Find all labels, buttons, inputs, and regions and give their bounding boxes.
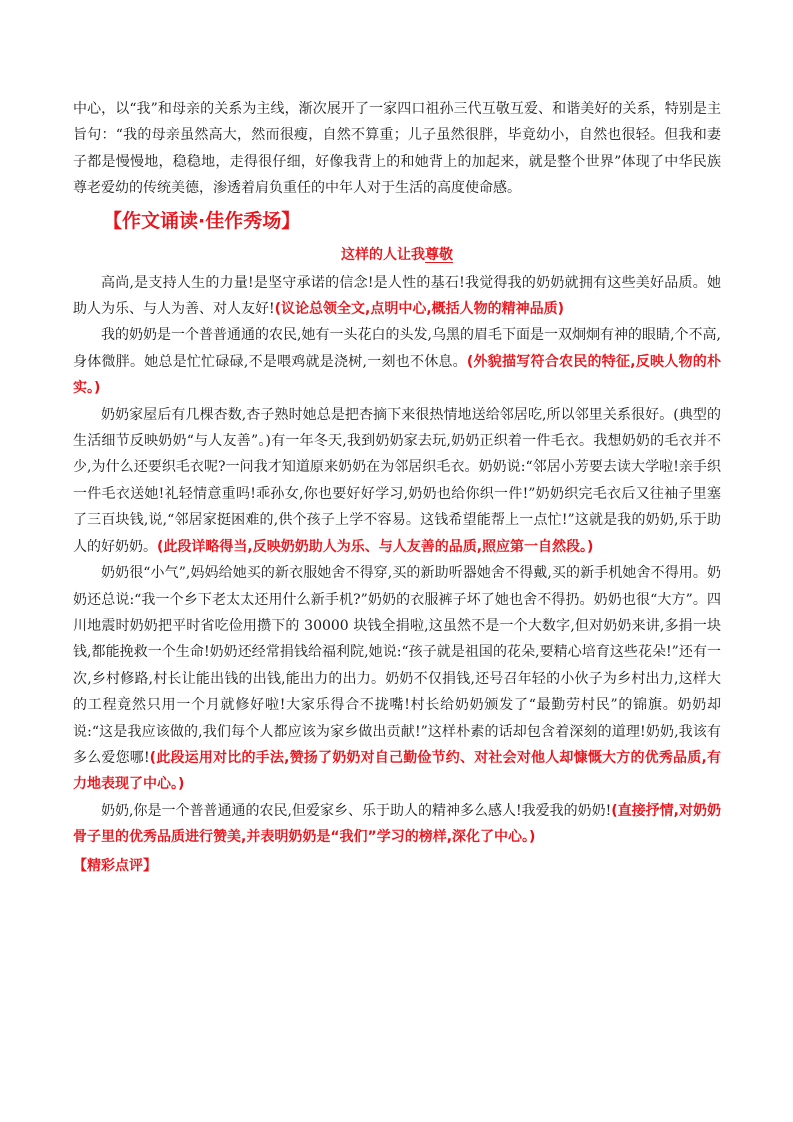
- document-page: 中心，以“我”和母亲的关系为主线，渐次展开了一家四口祖孙三代互敬互爱、和谐美好的…: [73, 96, 721, 879]
- essay-paragraph-5: 奶奶,你是一个普普通通的农民,但爱家乡、乐于助人的精神多么感人!我爱我的奶奶!(…: [73, 798, 721, 851]
- essay-paragraph-4: 奶奶很“小气”,妈妈给她买的新衣服她舍不得穿,买的新助听器她舍不得戴,买的新手机…: [73, 560, 721, 798]
- paragraph-comment: (此段运用对比的手法,赞扬了奶奶对自己勤俭节约、对社会对他人却慷慨大方的优秀品质…: [73, 750, 721, 792]
- essay-paragraph-1: 高尚,是支持人生的力量!是坚守承诺的信念!是人性的基石!我觉得我的奶奶就拥有这些…: [73, 270, 721, 323]
- essay-title-underlined: 尊敬: [425, 247, 453, 263]
- essay-paragraph-3: 奶奶家屋后有几棵杏数,杏子熟时她总是把杏摘下来很热情地送给邻居吃,所以邻里关系很…: [73, 402, 721, 560]
- paragraph-text: 奶奶很“小气”,妈妈给她买的新衣服她舍不得穿,买的新助听器她舍不得戴,买的新手机…: [73, 565, 721, 766]
- intro-paragraph: 中心，以“我”和母亲的关系为主线，渐次展开了一家四口祖孙三代互敬互爱、和谐美好的…: [73, 96, 721, 202]
- essay-title: 这样的人让我尊敬: [73, 242, 721, 268]
- section-heading: 【作文诵读·佳作秀场】: [103, 206, 721, 236]
- review-heading: 【精彩点评】: [73, 853, 721, 879]
- paragraph-comment: (议论总领全文,点明中心,概括人物的精神品质): [275, 301, 564, 317]
- essay-paragraph-2: 我的奶奶是一个普普通通的农民,她有一头花白的头发,乌黑的眉毛下面是一双炯炯有神的…: [73, 322, 721, 401]
- paragraph-comment: (此段详略得当,反映奶奶助人为乐、与人友善的品质,照应第一自然段。): [157, 539, 593, 555]
- paragraph-text: 奶奶,你是一个普普通通的农民,但爱家乡、乐于助人的精神多么感人!我爱我的奶奶!: [101, 803, 611, 819]
- essay-title-main: 这样的人让我: [341, 247, 425, 263]
- paragraph-text: 奶奶家屋后有几棵杏数,杏子熟时她总是把杏摘下来很热情地送给邻居吃,所以邻里关系很…: [73, 407, 721, 555]
